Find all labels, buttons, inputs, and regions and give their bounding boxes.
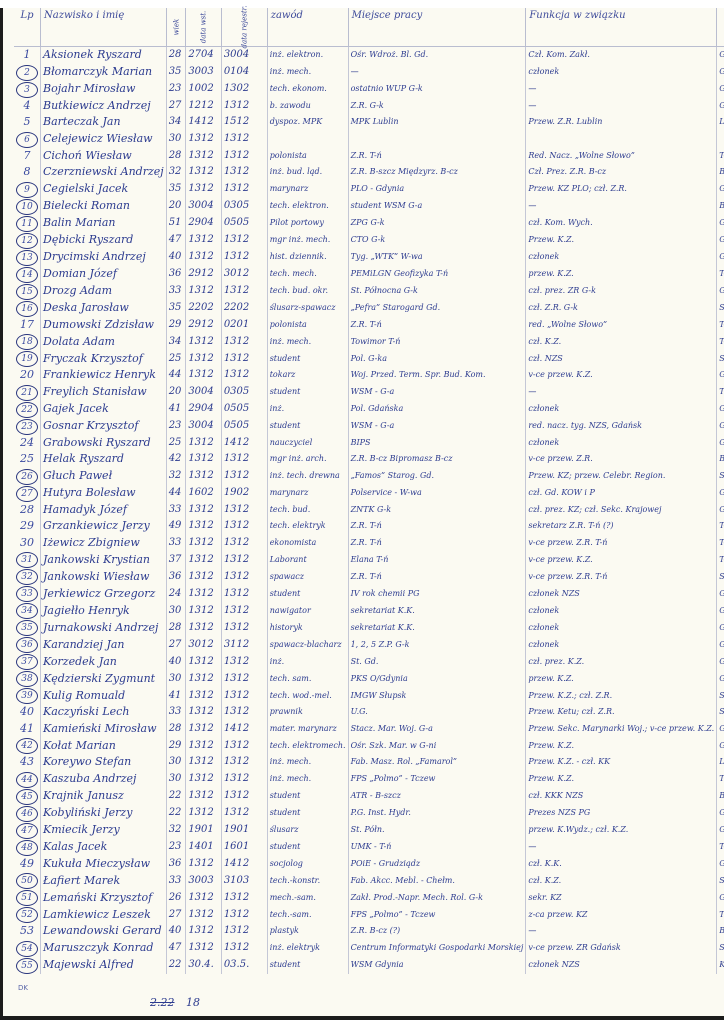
date-registered: 1312 <box>221 232 267 249</box>
member-name: Freylich Stanisław <box>41 384 167 401</box>
member-name: Grzankiewicz Jerzy <box>41 518 167 535</box>
member-age: 22 <box>166 788 186 805</box>
table-row: 13Drycimski Andrzej4013121312hist. dzien… <box>14 249 724 266</box>
profession: tech. bud. okr. <box>267 283 348 300</box>
table-row: 19Fryczak Krzysztof2513121312studentPol.… <box>14 350 724 367</box>
member-age: 33 <box>166 535 186 552</box>
date-registered: 1312 <box>221 805 267 822</box>
member-age: 36 <box>166 856 186 873</box>
address: G-k, Meissnera <box>717 47 724 64</box>
member-name: Fryczak Krzysztof <box>41 350 167 367</box>
date-registered: 0505 <box>221 401 267 418</box>
union-function: — <box>526 98 717 115</box>
profession: tech.-sam. <box>267 906 348 923</box>
circled-row-number: 19 <box>16 351 38 367</box>
profession: inż. mech. <box>267 333 348 350</box>
date-registered: 1312 <box>221 164 267 181</box>
workplace: Stacz. Mar. Woj. G-a <box>348 721 526 738</box>
union-function: v-ce przew. K.Z. <box>526 367 717 384</box>
date-registered: 1312 <box>221 568 267 585</box>
address: G-k, Wyzwolenia <box>717 283 724 300</box>
profession: inż. mech. <box>267 771 348 788</box>
profession: nauczyciel <box>267 435 348 452</box>
member-age: 35 <box>166 64 186 81</box>
row-number-label: 20 <box>20 368 34 381</box>
header-lp: Lp <box>14 8 41 47</box>
union-function: członek <box>526 619 717 636</box>
workplace: Tyg. „WTK” W-wa <box>348 249 526 266</box>
member-age: 29 <box>166 737 186 754</box>
union-function: czł. K.Z. <box>526 872 717 889</box>
workplace: Z.R. T-ń <box>348 518 526 535</box>
member-name: Koreywo Stefan <box>41 754 167 771</box>
table-row: 31Jankowski Krystian3713121312LaborantEl… <box>14 551 724 568</box>
member-age: 20 <box>166 198 186 215</box>
profession: student <box>267 788 348 805</box>
address: G-k, Leśny Stok <box>717 653 724 670</box>
workplace: Z.R. B-cz Bipromasz B-cz <box>348 451 526 468</box>
member-age: 35 <box>166 300 186 317</box>
table-row: 55Majewski Alfred2230.4.03.5.studentWSM … <box>14 957 724 974</box>
header-function: Funkcja w związku <box>526 8 717 47</box>
workplace: WSM Gdynia <box>348 957 526 974</box>
date-joined: 3004 <box>186 418 222 435</box>
member-age: 33 <box>166 283 186 300</box>
date-registered: 1312 <box>221 788 267 805</box>
member-name: Głuch Paweł <box>41 468 167 485</box>
header-address: Adres <box>717 8 724 47</box>
date-registered: 1312 <box>221 889 267 906</box>
workplace: sekretariat K.K. <box>348 602 526 619</box>
profession: tokarz <box>267 367 348 384</box>
date-registered: 1312 <box>221 283 267 300</box>
date-registered: 0305 <box>221 384 267 401</box>
workplace: Z.R. B-cz (?) <box>348 923 526 940</box>
member-age: 32 <box>166 468 186 485</box>
row-number: 52 <box>14 906 41 923</box>
member-name: Dolata Adam <box>41 333 167 350</box>
workplace: Elana T-ń <box>348 551 526 568</box>
workplace: 1, 2, 5 Z.P. G-k <box>348 636 526 653</box>
address: Tczew, Ratkowskiego <box>717 771 724 788</box>
address: G-k, Elbląska <box>717 585 724 602</box>
address: G-a, Dantyszka <box>717 64 724 81</box>
union-function: Przew. K.Z. - czł. KK <box>526 754 717 771</box>
member-age: 23 <box>166 418 186 435</box>
workplace: POiE - Grudziądz <box>348 856 526 873</box>
workplace: student WSM G-a <box>348 198 526 215</box>
union-function: czł. prez. KZ; czł. Sekc. Krajowej <box>526 502 717 519</box>
circled-row-number: 46 <box>16 806 38 822</box>
profession: student <box>267 839 348 856</box>
circled-row-number: 22 <box>16 402 38 418</box>
date-registered: 3012 <box>221 266 267 283</box>
workplace: U.G. <box>348 704 526 721</box>
member-age: 41 <box>166 401 186 418</box>
member-name: Hutyra Bolesław <box>41 485 167 502</box>
workplace: PEMiLGN Geofizyka T-ń <box>348 266 526 283</box>
member-name: Frankiewicz Henryk <box>41 367 167 384</box>
address: Tirlów, Klepacz <box>717 384 724 401</box>
date-registered: 1312 <box>221 502 267 519</box>
date-joined: 1312 <box>186 940 222 957</box>
workplace: IMGW Słupsk <box>348 687 526 704</box>
row-number: 35 <box>14 619 41 636</box>
profession: historyk <box>267 619 348 636</box>
row-number: 12 <box>14 232 41 249</box>
profession: inż. elektryk <box>267 940 348 957</box>
union-function: v-ce przew. Z.R. T-ń <box>526 568 717 585</box>
profession: mgr inż. arch. <box>267 451 348 468</box>
workplace: FPS „Polmo” - Tczew <box>348 771 526 788</box>
member-name: Majewski Alfred <box>41 957 167 974</box>
union-function: członek <box>526 64 717 81</box>
date-registered: 1312 <box>221 131 267 148</box>
address: G-a, Czer. Kosyn. <box>717 670 724 687</box>
row-number: 46 <box>14 805 41 822</box>
date-joined: 1312 <box>186 181 222 198</box>
profession: dyspoz. MPK <box>267 114 348 131</box>
workplace: — <box>348 64 526 81</box>
circled-row-number: 47 <box>16 823 38 839</box>
profession <box>267 131 348 148</box>
table-row: 20Frankiewicz Henryk4413121312tokarzWoj.… <box>14 367 724 384</box>
date-joined: 1312 <box>186 131 222 148</box>
row-number-label: 49 <box>20 857 34 870</box>
date-registered: 1312 <box>221 249 267 266</box>
union-function: czł. K.K. <box>526 856 717 873</box>
profession: plastyk <box>267 923 348 940</box>
row-number-label: 17 <box>20 318 34 331</box>
row-number: 11 <box>14 215 41 232</box>
row-number: 2 <box>14 64 41 81</box>
row-number: 13 <box>14 249 41 266</box>
date-registered: 1312 <box>221 670 267 687</box>
table-row: 50Łafiert Marek3330033103tech.-konstr.Fa… <box>14 872 724 889</box>
profession: inż. mech. <box>267 754 348 771</box>
page-edge <box>0 8 3 1020</box>
workplace: WSM - G-a <box>348 418 526 435</box>
member-name: Kulig Romuald <box>41 687 167 704</box>
workplace: UMK - T-ń <box>348 839 526 856</box>
address: Storkus, 86-211 Papowo <box>717 872 724 889</box>
address: Sopot, Mickiewicza <box>717 704 724 721</box>
address: G-k, ul. Olszyńska <box>717 367 724 384</box>
address: Lębork, Bieruta <box>717 754 724 771</box>
member-ledger-table: Lp Nazwisko i imię wiek data wst. data r… <box>14 8 724 974</box>
member-age: 30 <box>166 602 186 619</box>
address: Słupsk, Kosmonautów <box>717 687 724 704</box>
table-row: 24Grabowski Ryszard2513121412nauczycielB… <box>14 435 724 452</box>
member-name: Kołat Marian <box>41 737 167 754</box>
row-number: 25 <box>14 451 41 468</box>
circled-row-number: 52 <box>16 907 38 923</box>
row-number: 20 <box>14 367 41 384</box>
row-number: 5 <box>14 114 41 131</box>
member-name: Bojahr Mirosław <box>41 81 167 98</box>
union-function: v-ce przew. K.Z. <box>526 551 717 568</box>
date-registered: 3004 <box>221 47 267 64</box>
table-row: 5Barteczak Jan3414121512dyspoz. MPKMPK L… <box>14 114 724 131</box>
member-age: 22 <box>166 957 186 974</box>
row-number-label: 41 <box>20 722 34 735</box>
circled-row-number: 35 <box>16 620 38 636</box>
table-row: 43Koreywo Stefan3013121312inż. mech.Fab.… <box>14 754 724 771</box>
workplace: IV rok chemii PG <box>348 585 526 602</box>
workplace: Z.R. T-ń <box>348 148 526 165</box>
member-age: 34 <box>166 333 186 350</box>
member-age: 32 <box>166 822 186 839</box>
member-name: Kobyliński Jerzy <box>41 805 167 822</box>
date-registered: 1302 <box>221 81 267 98</box>
date-registered: 3112 <box>221 636 267 653</box>
date-registered: 1312 <box>221 754 267 771</box>
union-function: sekr. KZ <box>526 889 717 906</box>
date-joined: 1312 <box>186 551 222 568</box>
address: G-a, Bolesławskiego <box>717 485 724 502</box>
date-joined: 1602 <box>186 485 222 502</box>
profession: inż. mech. <box>267 64 348 81</box>
profession: b. zawodu <box>267 98 348 115</box>
table-row: 8Czerzniewski Andrzej3213121312inż. bud.… <box>14 164 724 181</box>
row-number: 36 <box>14 636 41 653</box>
row-number: 1 <box>14 47 41 64</box>
member-age: 51 <box>166 215 186 232</box>
member-name: Jagiełło Henryk <box>41 602 167 619</box>
member-age: 40 <box>166 249 186 266</box>
workplace: Z.R. B-szcz Międzyrz. B-cz <box>348 164 526 181</box>
row-number: 40 <box>14 704 41 721</box>
page-footer: 2.22 18 <box>150 996 200 1009</box>
member-age: 35 <box>166 181 186 198</box>
address: B-cz, Okrzei <box>717 451 724 468</box>
row-number: 15 <box>14 283 41 300</box>
address: Sopot, Winieckiego <box>717 350 724 367</box>
address: T-ń, ul. Wąska <box>717 148 724 165</box>
profession: tech. elektryk <box>267 518 348 535</box>
date-registered: 1312 <box>221 653 267 670</box>
address: G-k, Św. Ducha <box>717 98 724 115</box>
profession: inż. elektron. <box>267 47 348 64</box>
row-number-label: 4 <box>24 99 31 112</box>
address: B-cz, C-Skłod. <box>717 788 724 805</box>
union-function: czł. NZS <box>526 350 717 367</box>
date-joined: 1312 <box>186 653 222 670</box>
row-number: 38 <box>14 670 41 687</box>
union-function: Przew. K.Z.; czł. Z.R. <box>526 687 717 704</box>
circled-row-number: 51 <box>16 890 38 906</box>
row-number: 55 <box>14 957 41 974</box>
date-joined: 3003 <box>186 872 222 889</box>
date-joined: 1312 <box>186 906 222 923</box>
table-row: 1Aksionek Ryszard2827043004inż. elektron… <box>14 47 724 64</box>
member-name: Drozg Adam <box>41 283 167 300</box>
member-name: Cegielski Jacek <box>41 181 167 198</box>
row-number: 16 <box>14 300 41 317</box>
table-row: 32Jankowski Wiesław3613121312spawaczZ.R.… <box>14 568 724 585</box>
row-number: 49 <box>14 856 41 873</box>
member-name: Lemański Krzysztof <box>41 889 167 906</box>
profession: student <box>267 585 348 602</box>
address: G-k, Modzelewskiego <box>717 619 724 636</box>
union-function: Red. Nacz. „Wolne Słowo” <box>526 148 717 165</box>
union-function: v-ce przew. ZR Gdańsk <box>526 940 717 957</box>
row-number-label: 29 <box>20 519 34 532</box>
profession: tech.-konstr. <box>267 872 348 889</box>
profession: student <box>267 957 348 974</box>
row-number: 41 <box>14 721 41 738</box>
circled-row-number: 44 <box>16 772 38 788</box>
row-number: 34 <box>14 602 41 619</box>
table-row: 11Balin Marian5129040505Pilot portowyZPG… <box>14 215 724 232</box>
date-registered: 1312 <box>221 350 267 367</box>
ledger-body: 1Aksionek Ryszard2827043004inż. elektron… <box>14 47 724 974</box>
date-registered: 2202 <box>221 300 267 317</box>
row-number: 30 <box>14 535 41 552</box>
member-name: Lewandowski Gerard <box>41 923 167 940</box>
table-row: 48Kalas Jacek2314011601studentUMK - T-ń—… <box>14 839 724 856</box>
workplace: St. Gd. <box>348 653 526 670</box>
workplace: P.G. Inst. Hydr. <box>348 805 526 822</box>
union-function: członek NZS <box>526 957 717 974</box>
workplace: BIPS <box>348 435 526 452</box>
table-row: 44Kaszuba Andrzej3013121312inż. mech.FPS… <box>14 771 724 788</box>
member-name: Kamieński Mirosław <box>41 721 167 738</box>
table-row: 37Korzedek Jan4013121312inż.St. Gd.czł. … <box>14 653 724 670</box>
member-age: 24 <box>166 585 186 602</box>
date-joined: 1312 <box>186 771 222 788</box>
member-age: 22 <box>166 805 186 822</box>
member-name: Jurnakowski Andrzej <box>41 619 167 636</box>
member-age: 36 <box>166 568 186 585</box>
header-date-in-label: data wst. <box>200 11 208 44</box>
profession: marynarz <box>267 485 348 502</box>
date-joined: 2912 <box>186 317 222 334</box>
table-row: 6Celejewicz Wiesław301312131215 <box>14 131 724 148</box>
address: G-a, Matejki <box>717 181 724 198</box>
address: G-k, Biała <box>717 889 724 906</box>
union-function: członek <box>526 435 717 452</box>
profession: tech. elektromech. <box>267 737 348 754</box>
circled-row-number: 36 <box>16 637 38 653</box>
address: B-cz, Szczęch. Szwaj. <box>717 164 724 181</box>
member-name: Gajek Jacek <box>41 401 167 418</box>
header-age-label: wiek <box>172 19 180 36</box>
member-name: Krajnik Janusz <box>41 788 167 805</box>
table-row: 28Hamadyk Józef3313121312tech. bud.ZNTK … <box>14 502 724 519</box>
table-row: 9Cegielski Jacek3513121312marynarzPLO - … <box>14 181 724 198</box>
union-function: v-ce przew. Z.R. T-ń <box>526 535 717 552</box>
member-name: Drycimski Andrzej <box>41 249 167 266</box>
union-function: Przew. Sekc. Marynarki Woj.; v-ce przew.… <box>526 721 717 738</box>
union-function: czł. K.Z. <box>526 333 717 350</box>
workplace: „Pefra” Starogard Gd. <box>348 300 526 317</box>
row-number: 21 <box>14 384 41 401</box>
address: T-ń, Prejsa <box>717 551 724 568</box>
union-function: Przew. KZ; przew. Celebr. Region. <box>526 468 717 485</box>
union-function: z-ca przew. KZ <box>526 906 717 923</box>
date-joined: 1312 <box>186 602 222 619</box>
circled-row-number: 21 <box>16 385 38 401</box>
row-number: 3 <box>14 81 41 98</box>
member-age: 28 <box>166 721 186 738</box>
member-age: 34 <box>166 114 186 131</box>
profession: prawnik <box>267 704 348 721</box>
member-age: 20 <box>166 384 186 401</box>
date-registered: 1312 <box>221 468 267 485</box>
profession: mech.-sam. <box>267 889 348 906</box>
union-function: przew. K.Z. <box>526 670 717 687</box>
member-name: Balin Marian <box>41 215 167 232</box>
page-bottom-edge <box>0 1016 724 1020</box>
date-joined: 1312 <box>186 670 222 687</box>
table-row: 54Maruszczyk Konrad4713121312inż. elektr… <box>14 940 724 957</box>
address: T-ń, Dziewulskiego <box>717 535 724 552</box>
address: G-a, Warszawska <box>717 602 724 619</box>
member-name: Helak Ryszard <box>41 451 167 468</box>
member-age: 23 <box>166 81 186 98</box>
member-name: Barteczak Jan <box>41 114 167 131</box>
address: G-a, Zygm. Augusta <box>717 435 724 452</box>
member-age: 37 <box>166 551 186 568</box>
address: St. G-ki, Kopernika <box>717 300 724 317</box>
header-date-in: data wst. <box>186 8 222 47</box>
member-name: Kędzierski Zygmunt <box>41 670 167 687</box>
member-age: 33 <box>166 502 186 519</box>
union-function: przew. K.Wydz.; czł. K.Z. <box>526 822 717 839</box>
header-date-reg: data rejestr. <box>221 8 267 47</box>
date-registered: 1312 <box>221 451 267 468</box>
member-age: 27 <box>166 906 186 923</box>
date-joined: 2904 <box>186 215 222 232</box>
address: G-k, Wyzwolenia <box>717 737 724 754</box>
union-function: — <box>526 384 717 401</box>
table-row: 23Gosnar Krzysztof2330040505studentWSM -… <box>14 418 724 435</box>
circled-row-number: 45 <box>16 789 38 805</box>
date-joined: 3003 <box>186 64 222 81</box>
member-name: Gosnar Krzysztof <box>41 418 167 435</box>
profession: mater. marynarz <box>267 721 348 738</box>
member-age: 32 <box>166 164 186 181</box>
date-registered: 1312 <box>221 704 267 721</box>
member-age: 49 <box>166 518 186 535</box>
row-number: 27 <box>14 485 41 502</box>
date-joined: 1312 <box>186 518 222 535</box>
date-joined: 1312 <box>186 451 222 468</box>
profession: tech. ekonom. <box>267 81 348 98</box>
date-joined: 2904 <box>186 401 222 418</box>
row-number: 4 <box>14 98 41 115</box>
date-registered: 03.5. <box>221 957 267 974</box>
union-function: Przew. K.Z. <box>526 771 717 788</box>
member-name: Jerkiewicz Grzegorz <box>41 585 167 602</box>
date-registered: 0505 <box>221 418 267 435</box>
date-joined: 1312 <box>186 568 222 585</box>
profession: tech. sam. <box>267 670 348 687</box>
union-function: — <box>526 81 717 98</box>
profession: polonista <box>267 148 348 165</box>
date-registered: 1312 <box>221 940 267 957</box>
date-registered: 1312 <box>221 535 267 552</box>
union-function: członek NZS <box>526 585 717 602</box>
profession: socjolog <box>267 856 348 873</box>
member-age: 42 <box>166 451 186 468</box>
workplace: Zakł. Prod.-Napr. Mech. Rol. G-k <box>348 889 526 906</box>
profession: nawigator <box>267 602 348 619</box>
header-name: Nazwisko i imię <box>41 8 167 47</box>
date-joined: 2202 <box>186 300 222 317</box>
profession: student <box>267 805 348 822</box>
